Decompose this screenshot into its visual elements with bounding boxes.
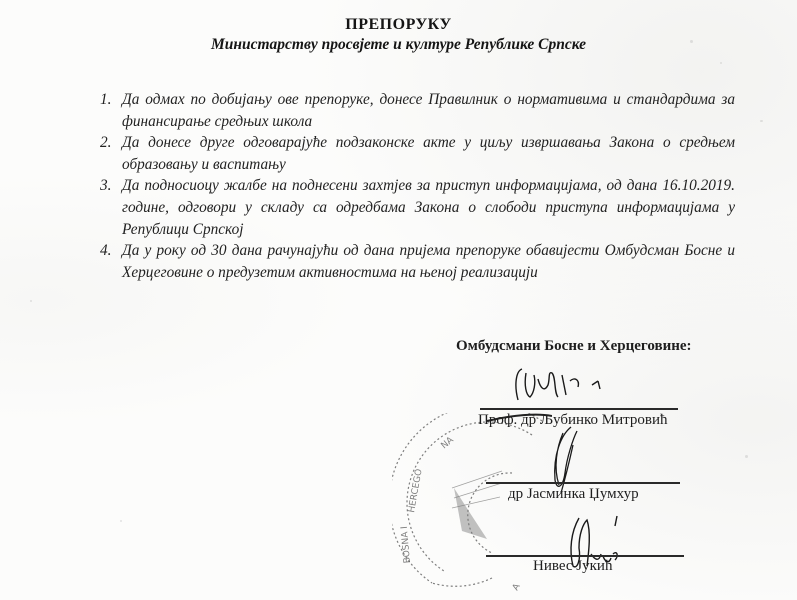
signatory-name-2: др Јасминка Џумхур xyxy=(508,486,639,503)
svg-text:HERCEGO: HERCEGO xyxy=(407,468,425,513)
signature-2-icon xyxy=(543,425,583,495)
item-number: 2. xyxy=(100,132,111,154)
document-title: ПРЕПОРУКУ xyxy=(0,16,797,34)
item-number: 1. xyxy=(100,89,111,111)
item-number: 4. xyxy=(100,240,111,262)
signature-line-2 xyxy=(486,482,680,484)
signature-1-icon xyxy=(510,365,630,405)
signature-line-3 xyxy=(486,555,684,557)
list-item: 3. Да подносиоцу жалбе на поднесени захт… xyxy=(100,175,735,240)
item-text: Да у року од 30 дана рачунајући од дана … xyxy=(122,242,735,281)
svg-text:BOSNA I: BOSNA I xyxy=(400,526,413,564)
recommendation-list: 1. Да одмах по добијању ове препоруке, д… xyxy=(100,89,735,283)
item-text: Да одмах по добијању ове препоруке, доне… xyxy=(122,91,735,130)
scanned-document-page: ПРЕПОРУКУ Министарству просвјете и култу… xyxy=(0,0,797,600)
list-item: 1. Да одмах по добијању ове препоруке, д… xyxy=(100,89,735,132)
official-stamp-icon: NA HERCEGO BOSNA I A xyxy=(392,413,552,593)
scan-speck xyxy=(120,520,122,522)
svg-text:A: A xyxy=(511,581,523,592)
scan-speck xyxy=(745,455,748,458)
list-item: 2. Да донесе друге одговарајуће подзакон… xyxy=(100,132,735,175)
signatory-name-3: Нивес Јукић xyxy=(533,558,612,575)
scan-speck xyxy=(720,62,722,64)
list-item: 4. Да у року од 30 дана рачунајући од да… xyxy=(100,240,735,283)
svg-text:NA: NA xyxy=(440,435,457,451)
item-text: Да донесе друге одговарајуће подзаконске… xyxy=(122,134,735,173)
item-text: Да подносиоцу жалбе на поднесени захтјев… xyxy=(122,177,735,237)
scan-speck xyxy=(30,300,32,302)
document-subtitle: Министарству просвјете и културе Републи… xyxy=(0,36,797,54)
signoff-heading: Омбудсмани Босне и Херцеговине: xyxy=(456,338,692,355)
item-number: 3. xyxy=(100,175,111,197)
signature-line-1 xyxy=(480,408,678,410)
scan-speck xyxy=(760,120,763,122)
